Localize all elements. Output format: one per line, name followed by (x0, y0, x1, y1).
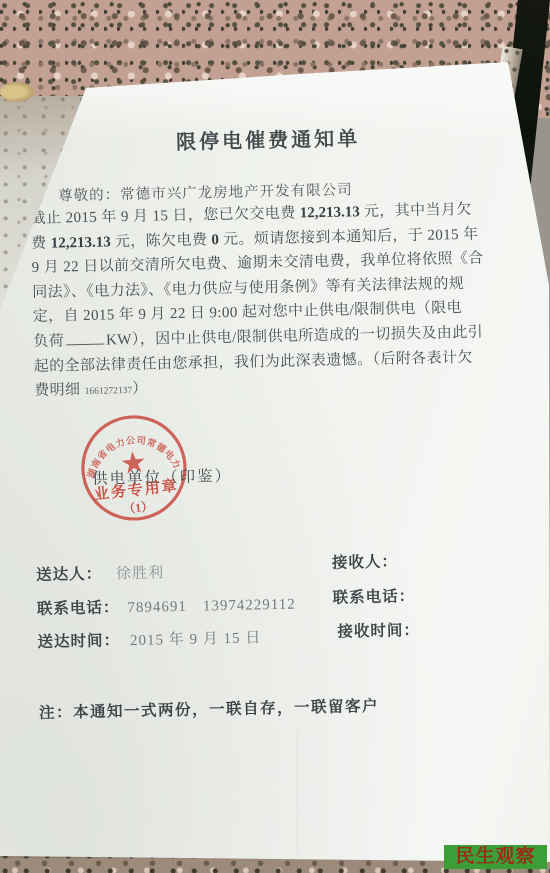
amount-owed-total: 12,213.13 (300, 204, 360, 221)
paper-sheet: 限停电催费通知单 尊敬的：常德市兴广龙房地产开发有限公司 截止 2015 年 9… (0, 0, 550, 873)
deliverer-phone-value: 7894691 13974229112 (127, 597, 296, 617)
deliverer-phone-label: 联系电话： (37, 599, 120, 618)
body-line-1-tail: 元，其中当月欠 (360, 202, 472, 220)
blank-underline (66, 331, 104, 346)
delivery-time-value: 2015 年 9 月 15 日 (130, 630, 262, 649)
page-title: 限停电催费通知单 (0, 118, 543, 159)
body-line-1-text: 截止 2015 年 9 月 15 日，您已欠交电费 (31, 205, 300, 227)
debris-blob (0, 82, 34, 102)
body-line-8-tail: ） (132, 381, 148, 397)
body-line-2-tail: 元。烦请您接到本通知后，于 2015 年 (219, 226, 479, 247)
amount-current-month: 12,213.13 (51, 234, 111, 251)
detail-label: 费明细 (34, 382, 85, 399)
body-line-6-tail: KW），因中止供电/限制供电所造成的一切损失及由此引 (106, 325, 483, 349)
load-limit-label: 负荷 (33, 333, 64, 350)
supply-unit-seal-label: 供电单位（印鉴） (92, 464, 232, 489)
account-reference-number: 1661272137 (85, 386, 133, 397)
document-content: 限停电催费通知单 尊敬的：常德市兴广龙房地产开发有限公司 截止 2015 年 9… (0, 0, 550, 873)
body-line-2-mid: 元，陈欠电费 (111, 232, 212, 250)
salutation-label: 尊敬的： (58, 187, 120, 204)
receiver-row: 接收人： (332, 549, 398, 572)
receive-time-label: 接收时间： (337, 622, 420, 641)
receiver-phone-label: 联系电话： (333, 588, 416, 607)
photo-of-notice: 限停电催费通知单 尊敬的：常德市兴广龙房地产开发有限公司 截止 2015 年 9… (0, 0, 550, 873)
receiver-phone-row: 联系电话： (332, 584, 415, 608)
news-watermark: 民生观察 (444, 845, 547, 869)
body-paragraph: 截止 2015 年 9 月 15 日，您已欠交电费 12,213.13 元，其中… (30, 197, 526, 404)
deliverer-label: 送达人： (36, 566, 102, 584)
body-line-2-text: 费 (31, 235, 51, 251)
delivery-time-row: 送达时间：2015 年 9 月 15 日 (37, 625, 261, 652)
delivery-time-label: 送达时间： (37, 632, 120, 651)
deliverer-name: 徐胜利 (116, 565, 164, 582)
receive-time-row: 接收时间： (337, 618, 420, 642)
receiver-label: 接收人： (332, 553, 398, 571)
copies-note: 注：本通知一式两份，一联自存，一联留客户 (39, 694, 379, 723)
deliverer-phone-row: 联系电话：7894691 13974229112 (37, 592, 296, 619)
deliverer-row: 送达人：徐胜利 (36, 560, 164, 585)
